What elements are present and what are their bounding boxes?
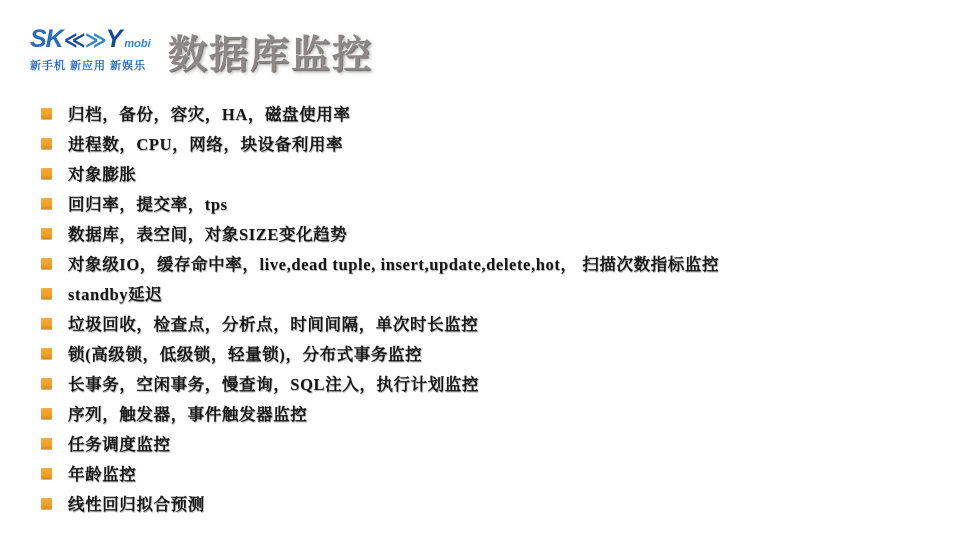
list-item: 年龄监控 [41,458,719,488]
logo-chevrons-left-icon: ≪ [64,30,83,51]
logo-text-mobi: mobi [124,39,150,50]
list-item-label: 进程数，CPU，网络，块设备利用率 [68,131,343,155]
list-item: 进程数，CPU，网络，块设备利用率 [41,128,719,158]
list-item-label: 对象膨胀 [68,161,136,185]
list-item: 对象级IO，缓存命中率，live,dead tuple, insert,upda… [41,248,719,278]
logo-tagline: 新手机 新应用 新娱乐 [30,57,165,73]
bullet-square-icon [41,138,52,149]
bullet-square-icon [41,198,52,209]
list-item: 归档，备份，容灾，HA，磁盘使用率 [41,98,719,128]
bullet-square-icon [41,438,52,449]
bullet-square-icon [41,108,52,119]
list-item-label: 垃圾回收，检查点，分析点，时间间隔，单次时长监控 [68,311,478,335]
bullet-square-icon [41,318,52,329]
list-item: 长事务，空闲事务，慢查询，SQL注入，执行计划监控 [41,368,719,398]
list-item: standby延迟 [41,278,719,308]
list-item: 锁(高级锁，低级锁，轻量锁)，分布式事务监控 [41,338,719,368]
list-item-label: 序列，触发器，事件触发器监控 [68,401,307,425]
list-item: 任务调度监控 [41,428,719,458]
logo-wordmark: SK ≪ ≫ Y mobi [30,27,165,52]
bullet-square-icon [41,408,52,419]
list-item: 序列，触发器，事件触发器监控 [41,398,719,428]
list-item-label: 回归率，提交率，tps [68,191,228,215]
list-item: 回归率，提交率，tps [41,188,719,218]
list-item-label: 年龄监控 [68,461,136,485]
list-item-label: 归档，备份，容灾，HA，磁盘使用率 [68,101,350,125]
logo-text-y: Y [106,27,123,52]
list-item: 线性回归拟合预测 [41,488,719,518]
page-title: 数据库监控 [168,24,373,80]
skymobi-logo: SK ≪ ≫ Y mobi 新手机 新应用 新娱乐 [30,27,165,73]
bullet-square-icon [41,348,52,359]
list-item-label: 数据库，表空间，对象SIZE变化趋势 [68,221,347,245]
list-item-label: 对象级IO，缓存命中率，live,dead tuple, insert,upda… [68,251,719,275]
list-item: 垃圾回收，检查点，分析点，时间间隔，单次时长监控 [41,308,719,338]
bullet-list: 归档，备份，容灾，HA，磁盘使用率 进程数，CPU，网络，块设备利用率 对象膨胀… [41,98,719,518]
list-item: 对象膨胀 [41,158,719,188]
bullet-square-icon [41,168,52,179]
logo-chevrons-right-icon: ≫ [85,30,104,51]
bullet-square-icon [41,228,52,239]
bullet-square-icon [41,288,52,299]
logo-text-sk: SK [30,27,63,52]
list-item-label: 线性回归拟合预测 [68,491,205,515]
bullet-square-icon [41,378,52,389]
bullet-square-icon [41,468,52,479]
bullet-square-icon [41,258,52,269]
list-item-label: standby延迟 [68,281,162,305]
bullet-square-icon [41,498,52,509]
list-item-label: 长事务，空闲事务，慢查询，SQL注入，执行计划监控 [68,371,479,395]
list-item: 数据库，表空间，对象SIZE变化趋势 [41,218,719,248]
header: SK ≪ ≫ Y mobi 新手机 新应用 新娱乐 数据库监控 [0,0,960,95]
list-item-label: 任务调度监控 [68,431,171,455]
slide: SK ≪ ≫ Y mobi 新手机 新应用 新娱乐 数据库监控 归档，备份，容灾… [0,0,960,540]
list-item-label: 锁(高级锁，低级锁，轻量锁)，分布式事务监控 [68,341,422,365]
